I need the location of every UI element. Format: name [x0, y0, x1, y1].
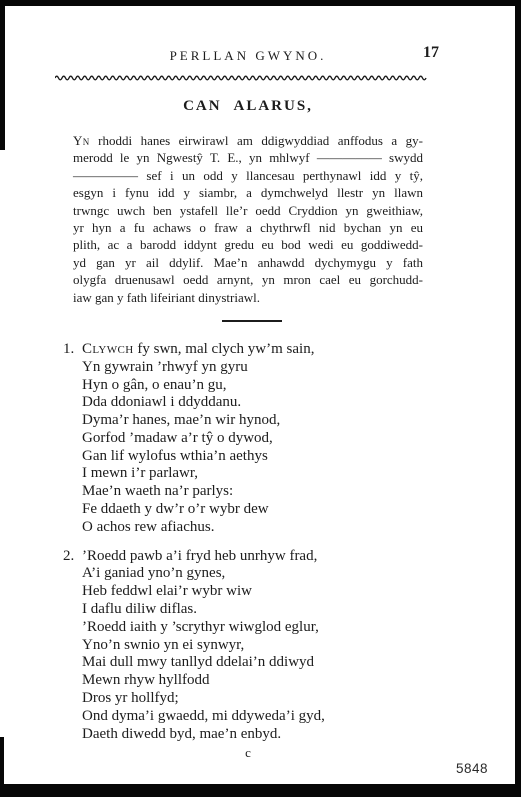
verse-line: Fe ddaeth y dw’r o’r wybr dew	[82, 501, 423, 519]
verse-line: Gorfod ’madaw a’r tŷ o dywod,	[82, 430, 423, 448]
page-number: 17	[423, 44, 439, 62]
verse-line: Heb feddwl elai’r wybr wiw	[82, 583, 423, 601]
verse-line: Dyma’r hanes, mae’n wir hynod,	[82, 412, 423, 430]
intro-line: trwngc uwch ben ystafell lle’r oedd Cryd…	[73, 202, 423, 219]
verse-line: I daflu diliw diflas.	[82, 601, 423, 619]
book-page: PERLLAN GWYNO. 17 CAN ALARUS, Yn rhoddi …	[73, 5, 423, 761]
scan-border-right	[515, 0, 521, 797]
intro-line: merodd le yn Ngwestŷ T. E., yn mhlwyf ——…	[73, 149, 423, 166]
running-head: PERLLAN GWYNO. 17	[73, 48, 423, 64]
verse-number: 1.	[63, 341, 74, 358]
intro-line: olygfa druenusawl oedd arnynt, yn mron c…	[73, 271, 423, 288]
verse-line: ’Roedd pawb a’i fryd heb unrhyw frad,	[82, 548, 423, 566]
verse-line: I mewn i’r parlawr,	[82, 465, 423, 483]
intro-lead-word: Yn	[73, 133, 90, 148]
annotation-number: 5848	[456, 761, 488, 776]
verse-line: ’Roedd iaith y ’scrythyr wiwglod eglur,	[82, 619, 423, 637]
verse-line: Daeth diwedd byd, mae’n enbyd.	[82, 726, 423, 744]
verse-line: Ond dyma’i gwaedd, mi ddyweda’i gyd,	[82, 708, 423, 726]
verse-number: 2.	[63, 548, 74, 565]
running-title: PERLLAN GWYNO.	[170, 48, 327, 63]
verse-line: Clywch fy swn, mal clych yw’m sain,	[82, 341, 423, 359]
verse-line: Dros yr hollfyd;	[82, 690, 423, 708]
verse-line: Hyn o gân, o enau’n gu,	[82, 377, 423, 395]
verse-lead-word: Clywch	[82, 341, 134, 357]
verse-line: A’i ganiad yno’n gynes,	[82, 565, 423, 583]
verse-line: Mae’n waeth na’r parlys:	[82, 483, 423, 501]
intro-line: ————— sef i un odd y llancesau perthynaw…	[73, 167, 423, 184]
signature-mark: c	[73, 745, 423, 761]
verse-2: 2. ’Roedd pawb a’i fryd heb unrhyw frad,…	[73, 548, 423, 744]
intro-line: iaw gan y fath lifeiriant dinystriawl.	[73, 289, 423, 306]
intro-line: plith, ac a barodd iddynt gredu eu bod w…	[73, 236, 423, 253]
intro-paragraph: Yn rhoddi hanes eirwirawl am ddigwyddiad…	[73, 132, 423, 306]
song-title: CAN ALARUS,	[73, 98, 423, 115]
separator-rule	[222, 320, 282, 322]
verse-line: Mewn rhyw hyllfodd	[82, 672, 423, 690]
wavy-rule	[55, 72, 427, 81]
intro-line: Yn rhoddi hanes eirwirawl am ddigwyddiad…	[73, 132, 423, 149]
intro-line: yd gan yr ail ddylif. Mae’n anhawdd dych…	[73, 254, 423, 271]
scan-border-left-bottom	[0, 737, 4, 797]
verse-1: 1. Clywch fy swn, mal clych yw’m sain, Y…	[73, 341, 423, 537]
verse-line: Yno’n swnio yn ei synwyr,	[82, 637, 423, 655]
verse-line: Dda ddoniawl i ddyddanu.	[82, 394, 423, 412]
verse-line: Gan lif wylofus wthia’n aethys	[82, 448, 423, 466]
verse-line: Mai dull mwy tanllyd ddelai’n ddiwyd	[82, 654, 423, 672]
verse-line: O achos rew afiachus.	[82, 519, 423, 537]
scan-border-bottom	[0, 784, 521, 797]
verse-line: Yn gywrain ’rhwyf yn gyru	[82, 359, 423, 377]
intro-line: esgyn i fynu idd y siambr, a dymchwelyd …	[73, 184, 423, 201]
wavy-rule-path	[55, 76, 426, 80]
intro-line: yr hyn a fu achaws o fraw a chythrwfl ni…	[73, 219, 423, 236]
scan-border-left-top	[0, 0, 5, 150]
